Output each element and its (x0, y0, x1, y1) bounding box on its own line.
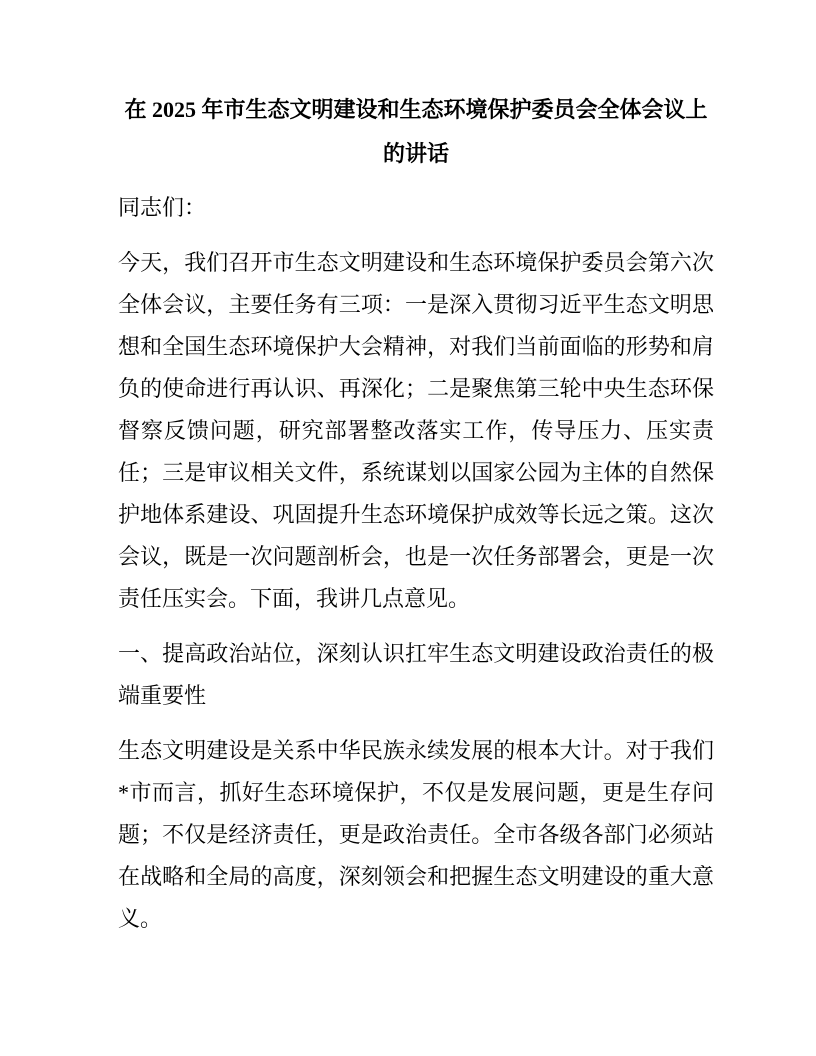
section-heading-1: 一、提高政治站位，深刻认识扛牢生态文明建设政治责任的极端重要性 (118, 633, 714, 717)
salutation-paragraph: 同志们： (118, 187, 714, 229)
document-title: 在 2025 年市生态文明建设和生态环境保护委员会全体会议上的讲话 (118, 88, 714, 176)
document-page: 在 2025 年市生态文明建设和生态环境保护委员会全体会议上的讲话 同志们： 今… (0, 0, 816, 1056)
section-1-body-paragraph: 生态文明建设是关系中华民族永续发展的根本大计。对于我们*市而言，抓好生态环境保护… (118, 730, 714, 940)
intro-paragraph: 今天，我们召开市生态文明建设和生态环境保护委员会第六次全体会议，主要任务有三项：… (118, 242, 714, 620)
